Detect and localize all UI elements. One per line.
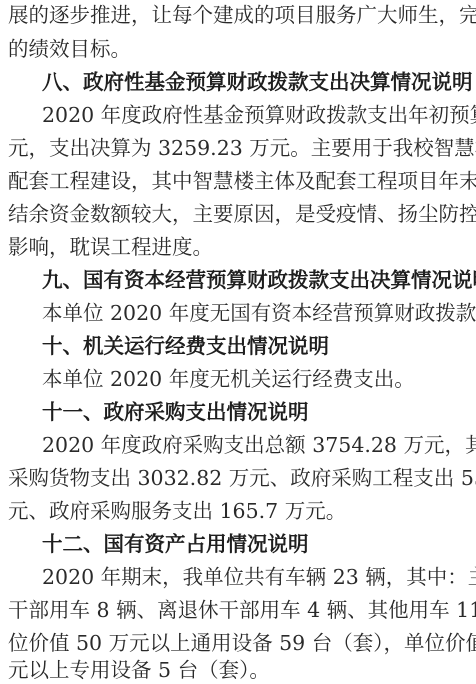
section-heading-10: 十、机关运行经费支出情况说明 <box>42 331 470 361</box>
paragraph-line: 配套工程建设，其中智慧楼主体及配套工程项目年末结转和 <box>8 166 470 196</box>
section-heading-8: 八、政府性基金预算财政拨款支出决算情况说明 <box>42 67 470 97</box>
paragraph-line: 本单位 2020 年度无机关运行经费支出。 <box>42 364 470 394</box>
section-heading-11: 十一、政府采购支出情况说明 <box>42 397 470 427</box>
paragraph-line: 本单位 2020 年度无国有资本经营预算财政拨款支出。 <box>42 298 470 328</box>
paragraph-line: 采购货物支出 3032.82 万元、政府采购工程支出 555.76 万 <box>8 463 470 493</box>
paragraph-line: 元，支出决算为 3259.23 万元。主要用于我校智慧楼主体及 <box>8 133 470 163</box>
paragraph-line: 2020 年期末，我单位共有车辆 23 辆，其中：主要领导 <box>42 562 470 592</box>
paragraph-line: 影响，耽误工程进度。 <box>8 232 470 262</box>
paragraph-line: 元以上专用设备 5 台（套）。 <box>8 655 470 684</box>
section-heading-12: 十二、国有资产占用情况说明 <box>42 529 470 559</box>
paragraph-line: 2020 年度政府性基金预算财政拨款支出年初预算为 0 万 <box>42 100 470 130</box>
paragraph-line: 的绩效目标。 <box>8 34 470 64</box>
document-page: 展的逐步推进，让每个建成的项目服务广大师生，完成各自 的绩效目标。 八、政府性基… <box>0 0 476 684</box>
paragraph-line: 2020 年度政府采购支出总额 3754.28 万元，其中：政府 <box>42 430 470 460</box>
paragraph-line: 位价值 50 万元以上通用设备 59 台（套），单位价值 100 万 <box>8 628 470 658</box>
paragraph-line: 结余资金数额较大，主要原因，是受疫情、扬尘防控等因素 <box>8 199 470 229</box>
paragraph-line: 干部用车 8 辆、离退休干部用车 4 辆、其他用车 11 辆；单 <box>8 595 470 625</box>
section-heading-9: 九、国有资本经营预算财政拨款支出决算情况说明 <box>42 265 470 295</box>
paragraph-line: 元、政府采购服务支出 165.7 万元。 <box>8 496 470 526</box>
paragraph-line: 展的逐步推进，让每个建成的项目服务广大师生，完成各自 <box>8 0 470 30</box>
